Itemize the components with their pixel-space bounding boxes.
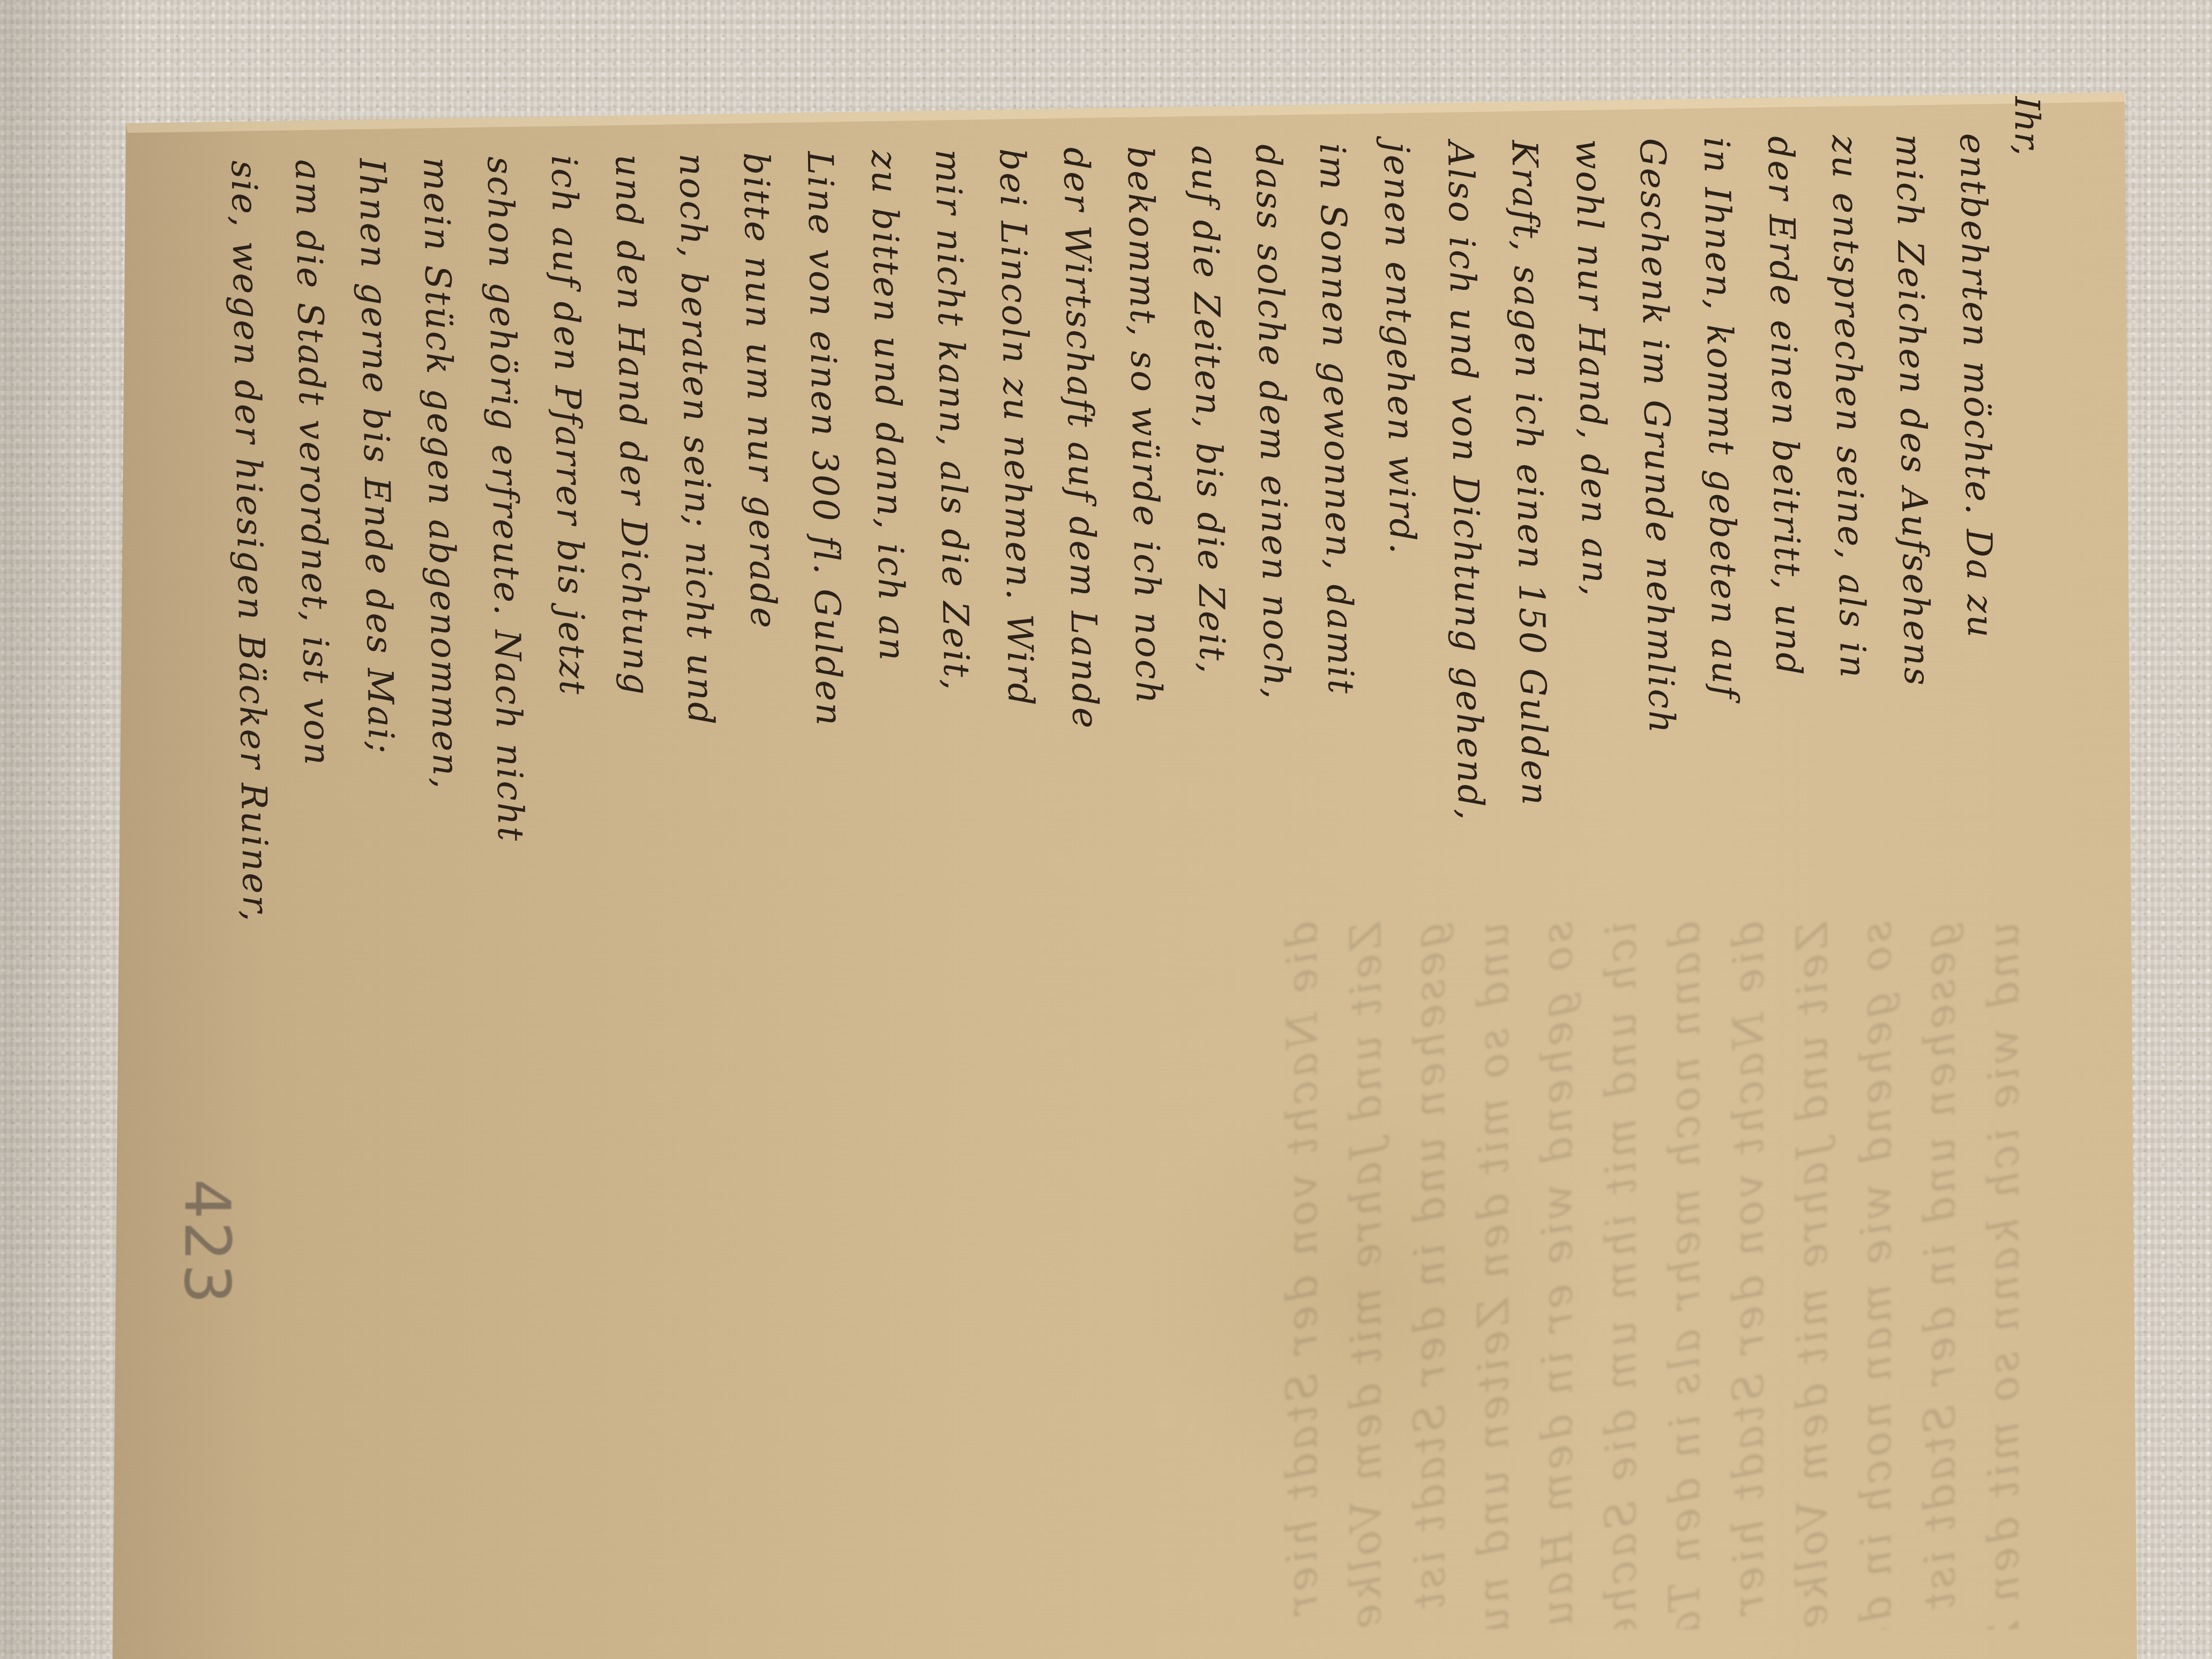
letter-line-8: noch, beraten sein; nicht und bbox=[660, 153, 736, 947]
letter-line-12: mir nicht kann, als die Zeit, bbox=[916, 148, 992, 943]
letter-line-24: in Ihnen, kommt gebeten auf bbox=[1684, 137, 1761, 931]
letter-line-27: mich Zeichen des Aufsehens bbox=[1877, 133, 1953, 928]
letter-line-5: schon gehörig erfreute. Nach nicht bbox=[468, 156, 544, 950]
letter-line-18: im Sonnen gewonnen, damit bbox=[1300, 143, 1377, 937]
letter-line-20: Also ich und von Dichtung gehend, bbox=[1428, 140, 1505, 935]
letter-line-26: zu entsprechen seine, als in bbox=[1812, 134, 1889, 929]
bleed-line: ich und mit ihm um die Sache nach bbox=[1590, 922, 1654, 1629]
bleed-line: so gehend wie er in dem Hause noch bbox=[1526, 922, 1590, 1629]
letter-line-17: dass solche dem einen noch, bbox=[1236, 144, 1313, 938]
bleed-line: Zeit und Jahre mit dem Volke so in bbox=[1335, 922, 1399, 1629]
letter-line-15: bekommt, so würde ich noch bbox=[1108, 146, 1185, 940]
letter-line-23: Geschenk im Grunde nehmlich bbox=[1620, 138, 1697, 932]
letter-line-25: der Erde einen beitritt, und bbox=[1748, 136, 1825, 930]
folio-number: 423 bbox=[170, 1179, 244, 1306]
letter-line-11: zu bitten und dann, ich an bbox=[852, 150, 929, 944]
letter-line-19: jenen entgehen wird. bbox=[1364, 141, 1441, 936]
bleed-line: und wie ich kann so mit den Zeiten nun bbox=[1972, 922, 2036, 1629]
letter-line-2: am die Stadt verordnet, ist von bbox=[275, 159, 352, 953]
bleed-line: Zeit und Jahre mit dem Volke so in bbox=[1781, 922, 1845, 1629]
letter-line-1: sie, wegen der hiesigen Bäcker Ruiner, bbox=[212, 160, 288, 954]
bleed-line: so gehend wie man noch in das Land bbox=[1845, 922, 1909, 1629]
letter-line-13: bei Lincoln zu nehmen. Wird bbox=[980, 148, 1057, 942]
letter-line-16: auf die Zeiten, bis die Zeit, bbox=[1172, 145, 1249, 939]
letter-line-9: bitte nun um nur gerade bbox=[724, 152, 801, 946]
letter-line-22: wohl nur Hand, den an, bbox=[1556, 139, 1633, 933]
letter-line-10: Line von einen 300 fl. Gulden bbox=[788, 151, 864, 945]
bleed-line: gesehen und in der Stadt ist die Zeit bbox=[1909, 922, 1972, 1629]
bleed-line: gesehen und in der Stadt ist die Zeit bbox=[1399, 922, 1462, 1629]
letter-line-4: mein Stück gegen abgenommen, bbox=[403, 156, 480, 951]
letter-line-6: ich auf den Pfarrer bis jetzt bbox=[532, 155, 608, 949]
handwritten-letter-body: sie, wegen der hiesigen Bäcker Ruiner, a… bbox=[212, 133, 2003, 954]
letter-line-21: Kraft, sagen ich einen 150 Gulden bbox=[1492, 140, 1569, 934]
bleed-line: die Nacht von der Stadt hier zu bbox=[1271, 922, 1335, 1629]
bleed-line: dann noch mehr als in den Tagen hat bbox=[1654, 922, 1717, 1629]
bleed-line: und so mit den Zeiten und nun hat bbox=[1462, 922, 1526, 1629]
letter-line-28: entbehrten möchte. Da zu bbox=[1940, 132, 2017, 926]
letter-line-14: der Wirtschaft auf dem Lande bbox=[1044, 147, 1120, 941]
catchword: Ihr, bbox=[2007, 96, 2046, 155]
letter-line-7: und den Hand der Dichtung bbox=[596, 154, 672, 948]
bleed-line: die Nacht von der Stadt hier zu bbox=[1717, 922, 1781, 1629]
bleed-through-text: und wie ich kann so mit den Zeiten nun g… bbox=[161, 922, 2036, 1629]
letter-line-3: Ihnen gerne bis Ende des Mai; bbox=[340, 158, 416, 952]
